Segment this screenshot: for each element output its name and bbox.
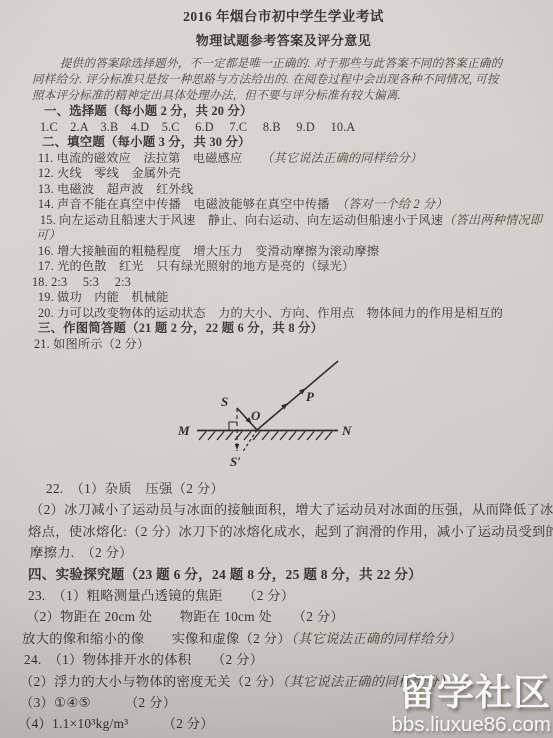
answer-15-note: （答出两种情况即 xyxy=(443,213,542,227)
answer-line-13: 13. 电磁波 超声波 红外线 xyxy=(38,182,531,198)
section1-heading: 一、选择题（每小题 2 分，共 20 分） xyxy=(44,104,531,120)
answer-line-22-2c: 摩擦力. （2 分） xyxy=(30,542,531,563)
document-content: 2016 年烟台市初中学生学业考试 物理试题参考答案及评分意见 提供的答案除选择… xyxy=(0,0,553,738)
diagram-label-n: N xyxy=(341,423,352,438)
answer-line-24-2: （2）浮力的大小与物体的密度无关（2 分）（其它说法正确的同样给分） xyxy=(20,671,531,692)
answer-line-24-1: 24. （1）物体排开水的体积 （2 分） xyxy=(24,649,531,670)
answer-line-15-wrap: 可） xyxy=(36,228,531,244)
answer-15-text: 15. 向左运动且船速大于风速 静止、向右运动、向左运动但船速小于风速 xyxy=(40,213,443,227)
answer-line-22-2a: （2）冰刀减小了运动员与冰面的接触面积，增大了运动员对冰面的压强，从而降低了冰的 xyxy=(30,499,531,520)
answer-11-text: 11. 电流的磁效应 法拉第 电磁感应 xyxy=(38,151,267,165)
answer-line-24-3: （3）①④⑤ （2 分） xyxy=(20,692,531,713)
answer-line-23-2a: （2）物距在 20cm 处 物距在 10cm 处 （2 分） xyxy=(26,606,531,627)
diagram-label-s-prime: S′ xyxy=(230,454,241,469)
answer-line-11: 11. 电流的磁效应 法拉第 电磁感应 （其它说法正确的同样给分） xyxy=(38,151,531,167)
down-arrowhead xyxy=(235,444,240,450)
reflected-ray xyxy=(257,361,338,430)
photographed-answer-sheet: 2016 年烟台市初中学生学业考试 物理试题参考答案及评分意见 提供的答案除选择… xyxy=(0,0,553,738)
grading-notice-line2: 同样给分. 评分标准只是按一种思路与方法给出的. 在阅卷过程中会出现各种不同情况… xyxy=(32,72,529,88)
answer-line-12: 12. 火线 零线 金属外壳 xyxy=(38,166,531,182)
answer-23-2b-text: 放大的像和缩小的像 实像和虚像（2 分） xyxy=(22,631,291,646)
reflection-diagram-svg: M N S S′ O P xyxy=(166,354,386,476)
answer-line-24-4: （4）1.1×10³kg/m³ （2 分） xyxy=(18,713,531,734)
answer-24-2-text: （2）浮力的大小与物体的密度无关（2 分） xyxy=(20,674,282,689)
answer-line-14: 14. 声音不能在真空中传播 电磁波能够在真空中传播 （答对一个给 2 分） xyxy=(38,197,531,213)
answer-line-15: 15. 向左运动且船速大于风速 静止、向右运动、向左运动但船速小于风速（答出两种… xyxy=(40,213,531,229)
answer-line-19: 19. 做功 内能 机械能 xyxy=(38,290,531,306)
answer-line-23-1: 23. （1）粗略测量凸透镜的焦距 （2 分） xyxy=(28,585,531,606)
answer-line-20: 20. 力可以改变物体的运动状态 力的大小、方向、作用点 物体间力的作用是相互的 xyxy=(38,306,531,322)
answer-15-note-wrap: 可） xyxy=(36,228,61,242)
section3-heading: 三、作图简答题（21 题 2 分，22 题 6 分，共 8 分） xyxy=(38,321,531,337)
reflection-diagram: M N S S′ O P xyxy=(166,354,531,476)
grading-notice-line3: 照本评分标准的精神定出具体处理办法，但不要与评分标准有较大偏离. xyxy=(32,88,529,104)
answer-24-2-note: （其它说法正确的同样给分） xyxy=(282,674,452,689)
diagram-label-s: S xyxy=(221,394,228,409)
answer-line-23-2b: 放大的像和缩小的像 实像和虚像（2 分）（其它说法正确的同样给分） xyxy=(22,628,531,649)
choice-answers-row: 1.C 2.A 3.B 4.D 5.C 6.D 7.C 8.B 9.D 10.A xyxy=(40,120,531,136)
exam-title: 2016 年烟台市初中学生学业考试 xyxy=(36,8,531,25)
answer-line-18: 18. 2:3 5:3 2:3 xyxy=(32,275,531,291)
answer-14-note: （答对一个给 2 分） xyxy=(342,197,448,211)
answer-23-2b-note: （其它说法正确的同样给分） xyxy=(291,631,461,646)
grading-notice-line1: 提供的答案除选择题外，不一定都是唯一正确的. 对于那些与此答案不同的答案正确的 xyxy=(32,56,529,72)
document-subtitle: 物理试题参考答案及评分意见 xyxy=(36,32,531,49)
answer-14-text: 14. 声音不能在真空中传播 电磁波能够在真空中传播 xyxy=(38,197,342,211)
grading-notice: 提供的答案除选择题外，不一定都是唯一正确的. 对于那些与此答案不同的答案正确的 … xyxy=(32,56,529,104)
diagram-label-p: P xyxy=(306,389,315,404)
mirror-hatching xyxy=(199,432,332,441)
section2-heading: 二、填空题（每小题 3 分，共 30 分） xyxy=(42,135,531,151)
answer-line-21: 21. 如图所示（2 分） xyxy=(34,337,531,353)
section4-heading: 四、实验探究题（23 题 6 分，24 题 8 分，25 题 8 分，共 22 … xyxy=(28,564,531,585)
answer-line-22-2b: 熔点，使冰熔化:（2 分）冰刀下的冰熔化成水，起到了润滑的作用，减小了运动员受到… xyxy=(28,521,531,542)
answer-line-17: 17. 光的色散 红光 只有绿光照射的地方是亮的（绿光） xyxy=(38,259,531,275)
answer-11-note: （其它说法正确的同样给分） xyxy=(267,151,422,165)
answer-line-22-1: 22. （1）杂质 压强（2 分） xyxy=(46,478,531,499)
diagram-label-o: O xyxy=(251,408,261,423)
diagram-label-m: M xyxy=(177,423,190,438)
right-angle-mark xyxy=(229,422,237,430)
answer-line-16: 16. 增大接触面的粗糙程度 增大压力 变滑动摩擦为滚动摩擦 xyxy=(38,244,531,260)
